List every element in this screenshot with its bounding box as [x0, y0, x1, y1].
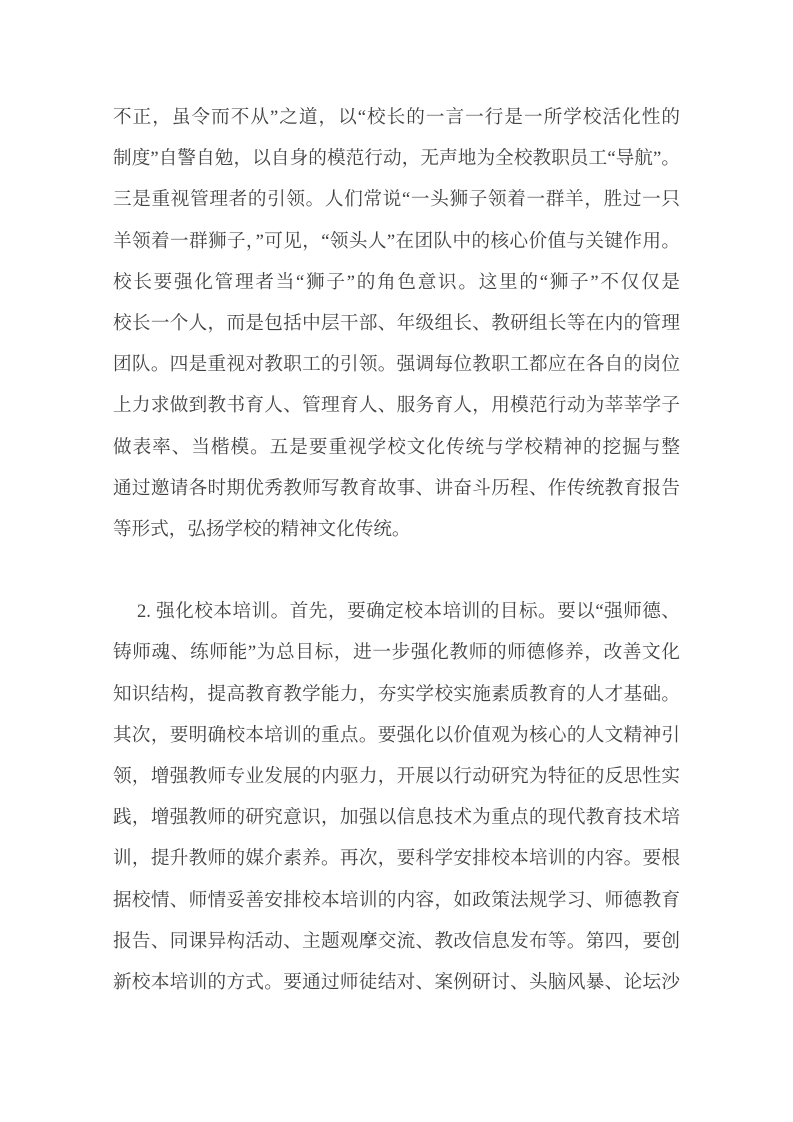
text-line: 践，增强教师的研究意识，加强以信息技术为重点的现代教育技术培	[113, 797, 680, 838]
text-block: 不正，虽令而不从”之道，以“校长的一言一行是一所学校活化性的 制度”自警自勉，以…	[113, 97, 680, 1003]
text-line: 铸师魂、练师能”为总目标，进一步强化教师的师德修养，改善文化	[113, 632, 680, 673]
text-line: 据校情、师情妥善安排校本培训的内容，如政策法规学习、师德教育	[113, 880, 680, 921]
paragraph-2: 2. 强化校本培训。首先，要确定校本培训的目标。要以“强师德、 铸师魂、练师能”…	[113, 591, 680, 1003]
text-line: 不正，虽令而不从”之道，以“校长的一言一行是一所学校活化性的	[113, 97, 680, 138]
text-line: 校长一个人，而是包括中层干部、年级组长、教研组长等在内的管理	[113, 303, 680, 344]
text-line: 2. 强化校本培训。首先，要确定校本培训的目标。要以“强师德、	[113, 591, 680, 632]
text-line: 领，增强教师专业发展的内驱力，开展以行动研究为特征的反思性实	[113, 756, 680, 797]
text-line: 通过邀请各时期优秀教师写教育故事、讲奋斗历程、作传统教育报告	[113, 468, 680, 509]
text-line: 校长要强化管理者当“狮子”的角色意识。这里的“狮子”不仅仅是	[113, 262, 680, 303]
text-line: 其次，要明确校本培训的重点。要强化以价值观为核心的人文精神引	[113, 715, 680, 756]
text-line: 等形式，弘扬学校的精神文化传统。	[113, 509, 680, 550]
text-line: 报告、同课异构活动、主题观摩交流、教改信息发布等。第四，要创	[113, 921, 680, 962]
text-line: 训，提升教师的媒介素养。再次，要科学安排校本培训的内容。要根	[113, 838, 680, 879]
text-line: 做表率、当楷模。五是要重视学校文化传统与学校精神的挖掘与整理，	[113, 427, 680, 468]
text-line: 制度”自警自勉，以自身的模范行动，无声地为全校教职员工“导航”。	[113, 138, 680, 179]
text-line: 知识结构，提高教育教学能力，夯实学校实施素质教育的人才基础。	[113, 674, 680, 715]
text-line: 羊领着一群狮子，”可见，“领头人”在团队中的核心价值与关键作用。	[113, 221, 680, 262]
text-line: 新校本培训的方式。要通过师徒结对、案例研讨、头脑风暴、论坛沙	[113, 962, 680, 1003]
text-line: 三是重视管理者的引领。人们常说“一头狮子领着一群羊，胜过一只	[113, 179, 680, 220]
paragraph-1: 不正，虽令而不从”之道，以“校长的一言一行是一所学校活化性的 制度”自警自勉，以…	[113, 97, 680, 550]
text-line: 上力求做到教书育人、管理育人、服务育人，用模范行动为莘莘学子	[113, 385, 680, 426]
text-line: 团队。四是重视对教职工的引领。强调每位教职工都应在各自的岗位	[113, 344, 680, 385]
document-page: 不正，虽令而不从”之道，以“校长的一言一行是一所学校活化性的 制度”自警自勉，以…	[0, 0, 793, 1122]
